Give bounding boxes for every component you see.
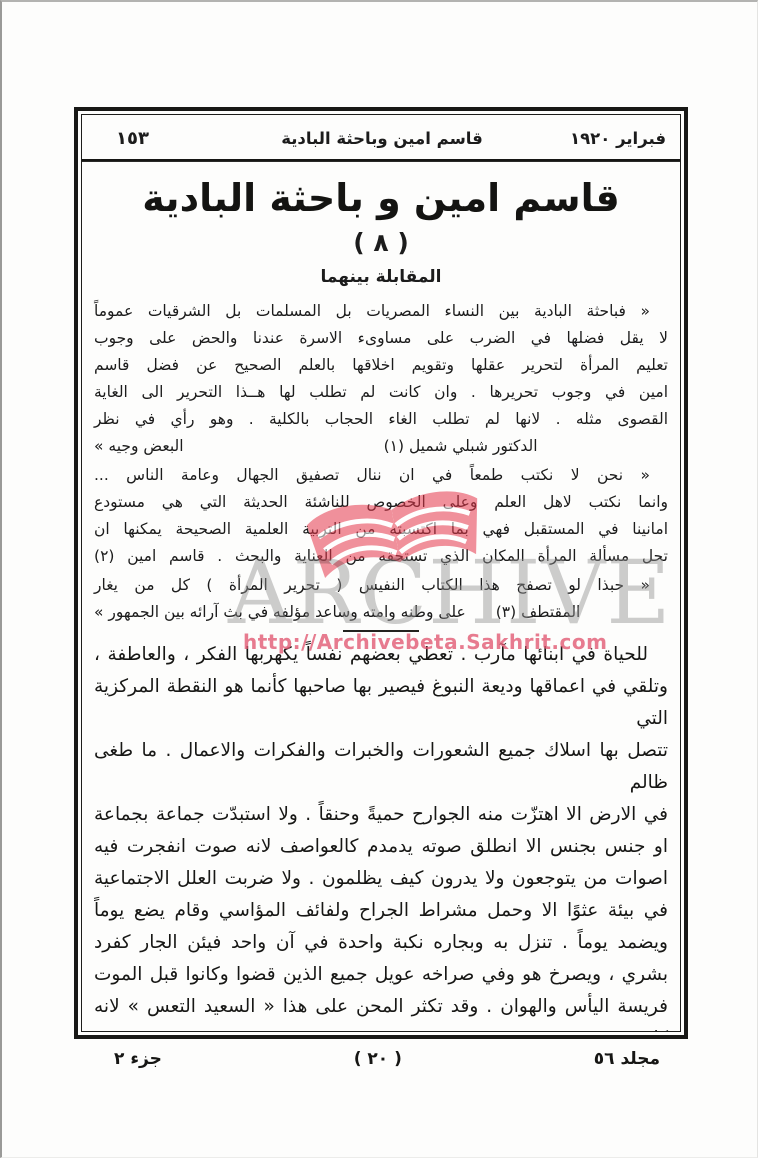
body-line: وتلقي في اعماقها وديعة النبوغ فيصير بها …: [94, 671, 668, 735]
quote2-line: « نحن لا نكتب طمعاً في ان ننال تصفيق الج…: [94, 462, 668, 489]
quote1-line: لا يقل فضلها في الضرب على مساوىء الاسرة …: [94, 325, 668, 352]
body-line: ويضمد يوماً . تنزل به وبجاره نكبة واحدة …: [94, 927, 668, 959]
quote3-last-line: على وطنه وامته وساعد مؤلفه في بث آرائه ب…: [94, 599, 668, 626]
body-line: بشري ، ويصرخ هو وفي صراخه عويل جميع الذي…: [94, 959, 668, 991]
quote3-attribution: المقتطف (٣): [496, 599, 581, 626]
quote2-line: امانينا في المستقبل فهي بما اكتسبته من ا…: [94, 516, 668, 543]
article-subtitle: المقابلة بينهما: [82, 264, 680, 290]
quote1-line: « فباحثة البادية بين النساء المصريات بل …: [94, 298, 668, 325]
body-line: او جنس بجنس الا انطلق صوته يدمدم كالعواص…: [94, 831, 668, 863]
article-section-number: ( ٨ ): [82, 226, 680, 259]
body-paragraph: للحياة في ابنائها مآرب . تعطي بعضهم نفسا…: [82, 639, 680, 1032]
page-footer: مجلد ٥٦ ( ٢٠ ) جزء ٢: [74, 1045, 688, 1073]
quote3-line: « حبذا لو تصفح هذا الكتاب النفيس ( تحرير…: [94, 572, 668, 599]
footer-part: جزء ٢: [114, 1049, 162, 1069]
scanned-page: فبراير ١٩٢٠ قاسم امين وباحثة البادية ١٥٣…: [0, 0, 758, 1158]
quote2-line: وانما نكتب لاهل العلم وعلى الخصوص للناشئ…: [94, 489, 668, 516]
footer-page-number: ( ٢٠ ): [354, 1049, 402, 1069]
quote1-line: القصوى مثله . لانها لم تطلب الغاء الحجاب…: [94, 406, 668, 433]
quote2-line: تحل مسألة المرأة المكان الذي تستحقه من ا…: [94, 543, 668, 570]
quote1-line: تعليم المرأة لتحرير عقلها وتقويم اخلاقها…: [94, 352, 668, 379]
header-page-number: ١٥٣: [98, 128, 248, 149]
quote1-line: امين في وجوب تحريرها . وان كانت لم تطلب …: [94, 379, 668, 406]
body-line: اصوات من يتوجعون ولا يدرون كيف يظلمون . …: [94, 863, 668, 895]
article-title: قاسم امين و باحثة البادية: [82, 172, 680, 224]
header-date: فبراير ١٩٢٠: [516, 129, 666, 148]
footer-volume: مجلد ٥٦: [594, 1049, 660, 1069]
page-frame-inner: فبراير ١٩٢٠ قاسم امين وباحثة البادية ١٥٣…: [81, 114, 681, 1032]
section-divider: [343, 630, 419, 632]
page-header: فبراير ١٩٢٠ قاسم امين وباحثة البادية ١٥٣: [82, 115, 680, 159]
quote1-last-line: البعض وجيه » الدكتور شبلي شميل (١): [94, 433, 668, 460]
page-frame: فبراير ١٩٢٠ قاسم امين وباحثة البادية ١٥٣…: [74, 107, 688, 1039]
quote1-closing: البعض وجيه »: [94, 433, 184, 460]
body-line: في الارض الا اهتزّت منه الجوارح حميةً وح…: [94, 799, 668, 831]
body-line: تتصل بها اسلاك جميع الشعورات والخبرات وا…: [94, 735, 668, 799]
quote1-attribution: الدكتور شبلي شميل (١): [384, 433, 538, 460]
body-line: فريسة اليأس والهوان . وقد تكثر المحن على…: [94, 991, 668, 1032]
quotes-block: « فباحثة البادية بين النساء المصريات بل …: [82, 298, 680, 626]
body-line: للحياة في ابنائها مآرب . تعطي بعضهم نفسا…: [94, 639, 668, 671]
body-line: في بيئة عثوًا الا وحمل مشراط الجراح ولفا…: [94, 895, 668, 927]
header-rule: [82, 159, 680, 162]
quote3-closing: على وطنه وامته وساعد مؤلفه في بث آرائه ب…: [94, 599, 466, 626]
header-running-title: قاسم امين وباحثة البادية: [248, 129, 516, 148]
